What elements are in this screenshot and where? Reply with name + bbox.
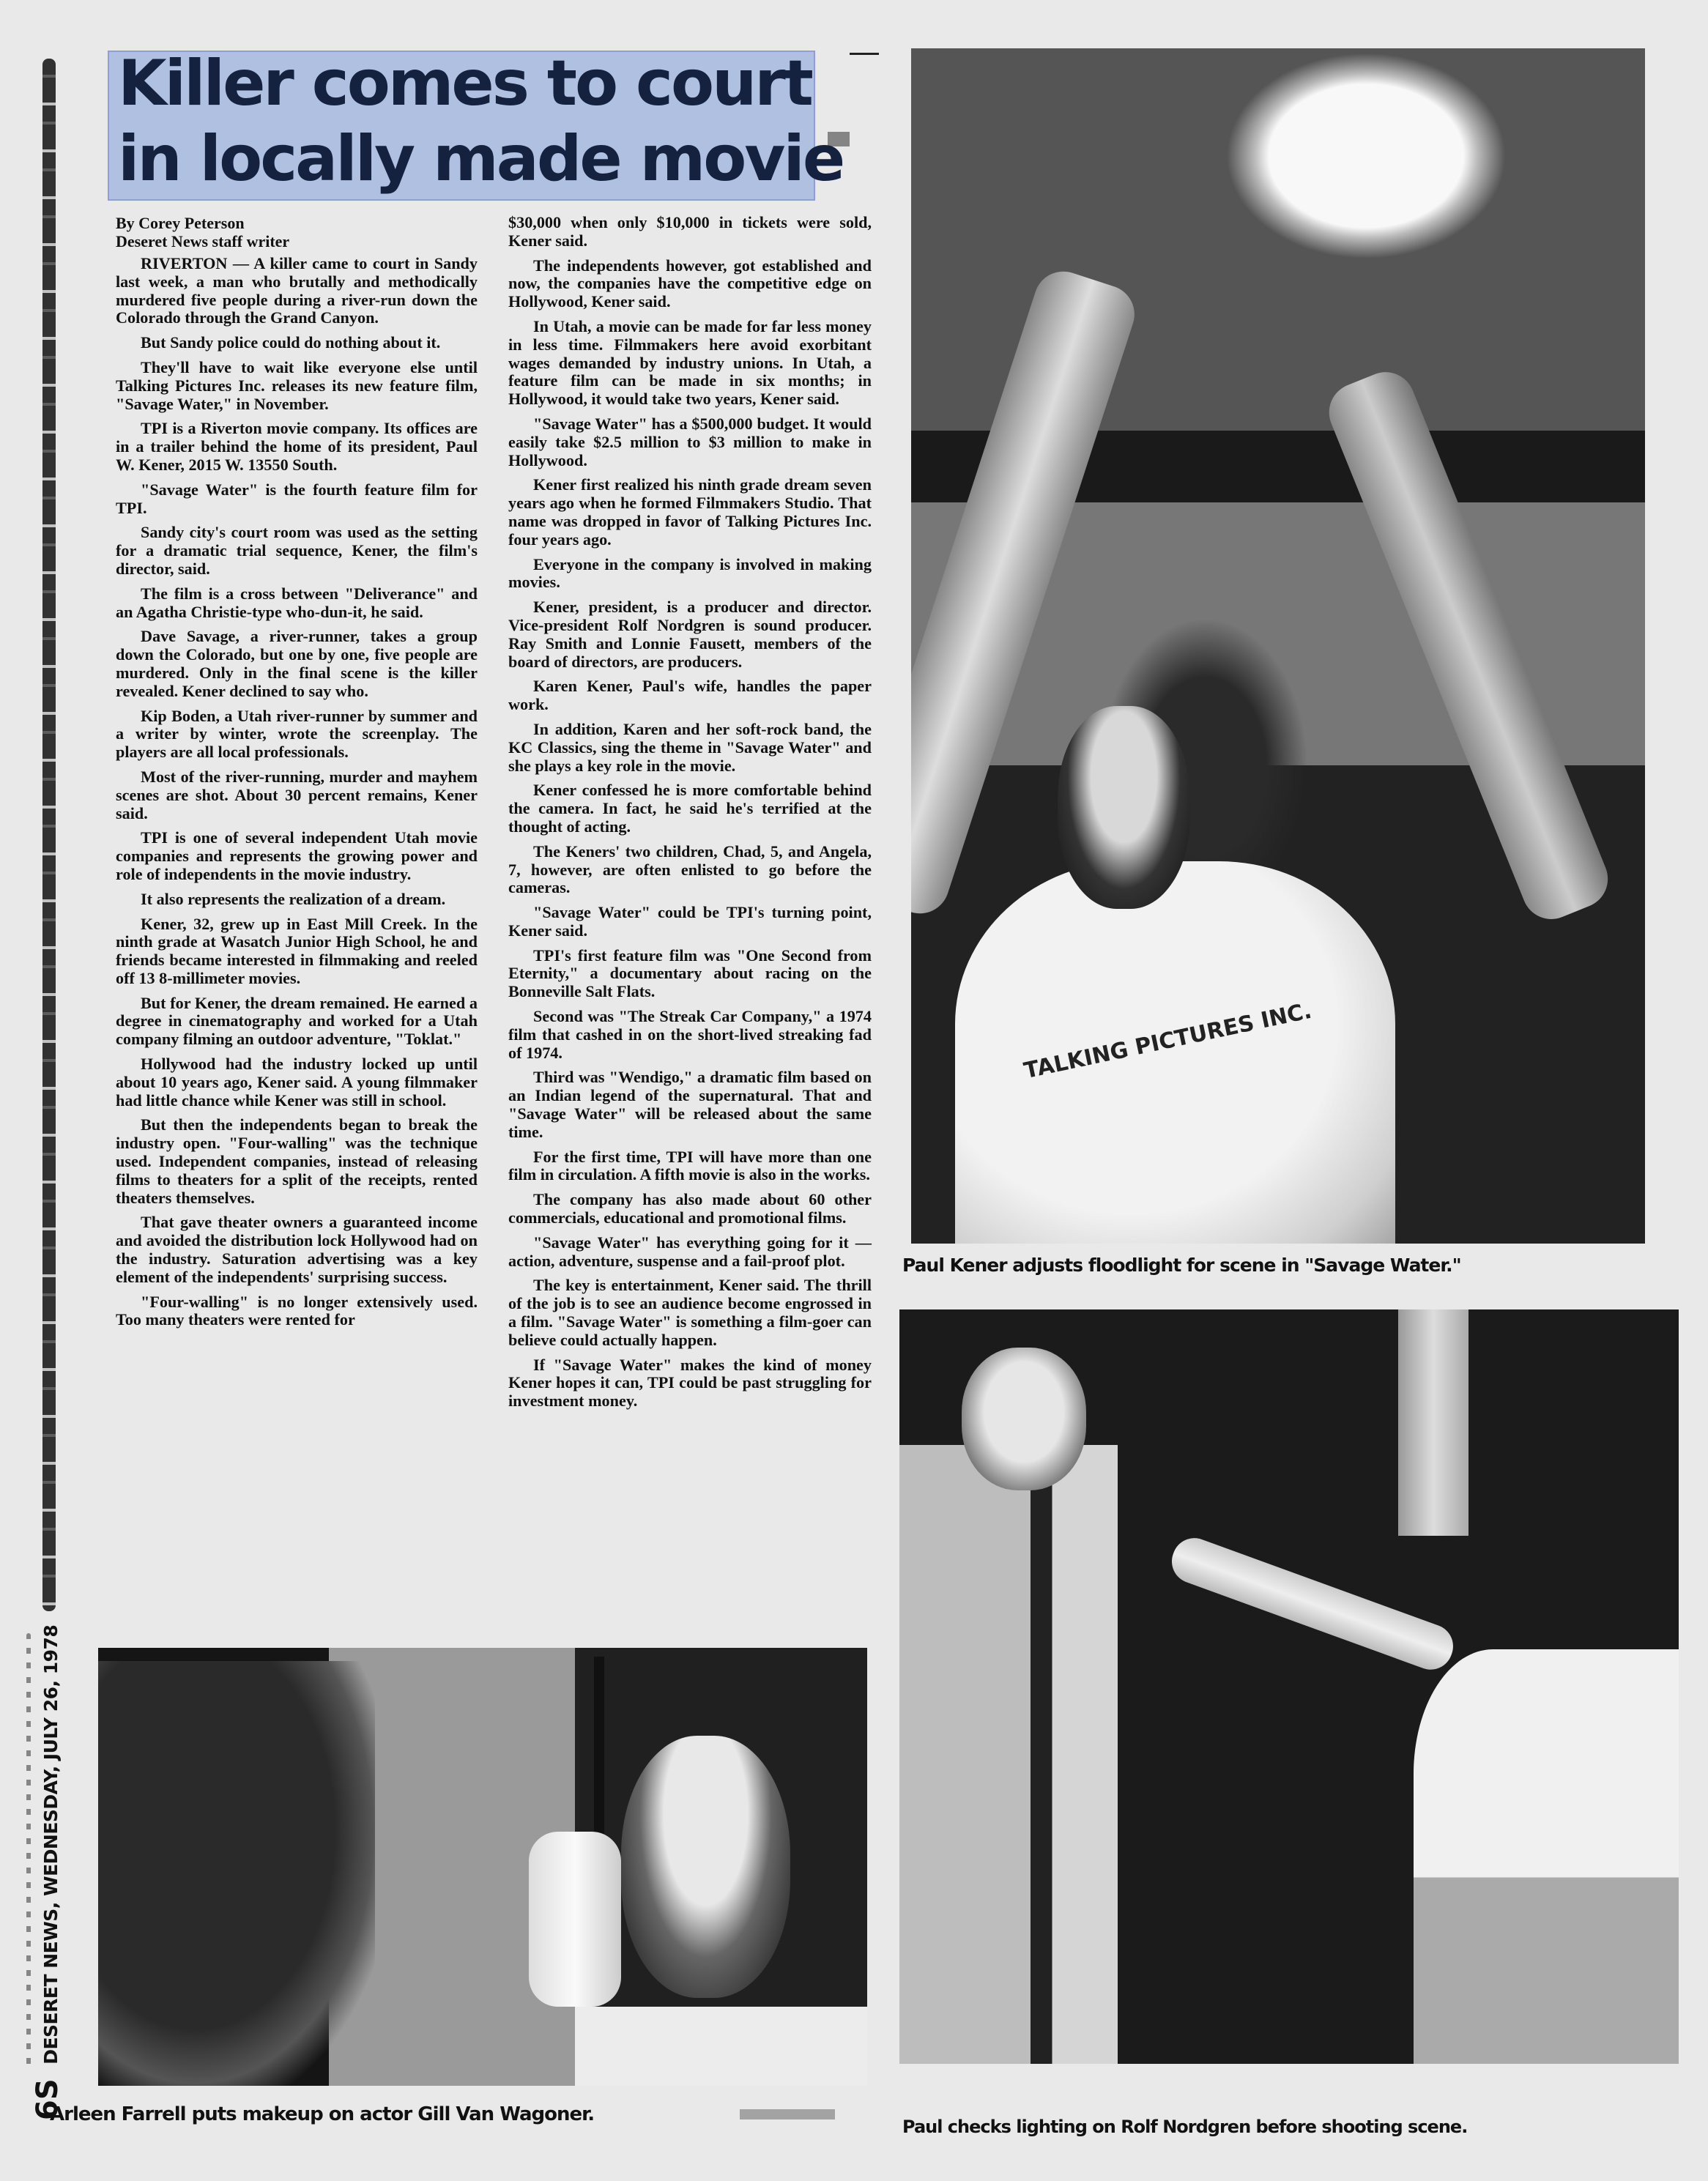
article-column-1: By Corey Peterson Deseret News staff wri…	[116, 214, 478, 1336]
article-paragraph: The key is entertainment, Kener said. Th…	[508, 1277, 872, 1349]
dateline: DESERET NEWS, WEDNESDAY, JULY 26, 1978	[40, 1625, 62, 2065]
photo-face	[1058, 706, 1189, 909]
photo-background-bar	[594, 1657, 604, 1854]
headline-line-1: Killer comes to court	[118, 52, 812, 115]
headline: Killer comes to court in locally made mo…	[108, 51, 815, 201]
caption-makeup: Arleen Farrell puts makeup on actor Gill…	[50, 2103, 594, 2125]
article-paragraph: But then the independents began to break…	[116, 1116, 478, 1207]
article-paragraph: In Utah, a movie can be made for far les…	[508, 318, 872, 409]
article-paragraph: Kip Boden, a Utah river-runner by summer…	[116, 707, 478, 762]
caption-floodlight: Paul Kener adjusts floodlight for scene …	[902, 1255, 1461, 1276]
article-paragraph: Everyone in the company is involved in m…	[508, 556, 872, 592]
article-paragraph: "Savage Water" has a $500,000 budget. It…	[508, 415, 872, 469]
photo-arm	[1165, 1532, 1459, 1676]
article-paragraph: Hollywood had the industry locked up unt…	[116, 1055, 478, 1110]
article-paragraph: "Four-walling" is no longer extensively …	[116, 1293, 478, 1330]
scan-speck	[828, 132, 850, 146]
article-paragraph: TPI is one of several independent Utah m…	[116, 829, 478, 883]
article-paragraph: Kener, 32, grew up in East Mill Creek. I…	[116, 915, 478, 988]
article-paragraph: But Sandy police could do nothing about …	[116, 334, 478, 352]
article-paragraph: That gave theater owners a guaranteed in…	[116, 1214, 478, 1286]
photo-arm-right	[1321, 363, 1617, 928]
article-paragraph: The film is a cross between "Deliverance…	[116, 585, 478, 622]
article-paragraph: Dave Savage, a river-runner, takes a gro…	[116, 628, 478, 700]
article-paragraph: Third was "Wendigo," a dramatic film bas…	[508, 1069, 872, 1141]
byline-author: By Corey Peterson	[116, 214, 478, 232]
byline-role: Deseret News staff writer	[116, 232, 478, 250]
headline-line-2: in locally made movie	[118, 127, 843, 190]
scan-speck	[740, 2109, 835, 2119]
photo-shirt-collar	[575, 2007, 867, 2086]
photo-kener-floodlight: TALKING PICTURES INC.	[911, 48, 1645, 1244]
column-2-continuation: $30,000 when only $10,000 in tickets wer…	[508, 214, 872, 250]
article-paragraph: But for Kener, the dream remained. He ea…	[116, 995, 478, 1049]
photo-man-right	[1414, 1649, 1679, 2065]
page-folio: 6S DESERET NEWS, WEDNESDAY, JULY 26, 197…	[31, 1625, 64, 2120]
article-paragraph: TPI is a Riverton movie company. Its off…	[116, 420, 478, 474]
article-paragraph: Kener, president, is a producer and dire…	[508, 598, 872, 671]
column-1-paragraphs: RIVERTON — A killer came to court in San…	[116, 255, 478, 1329]
article-paragraph: It also represents the realization of a …	[116, 891, 478, 909]
article-paragraph: Sandy city's court room was used as the …	[116, 524, 478, 578]
article-paragraph: "Savage Water" has everything going for …	[508, 1234, 872, 1271]
photo-lighting-check	[899, 1309, 1679, 2064]
photo-head-left	[962, 1348, 1086, 1491]
article-paragraph: If "Savage Water" makes the kind of mone…	[508, 1356, 872, 1411]
article-paragraph: Karen Kener, Paul's wife, handles the pa…	[508, 677, 872, 714]
article-paragraph: For the first time, TPI will have more t…	[508, 1148, 872, 1185]
photo-makeup	[98, 1648, 867, 2086]
article-paragraph: Kener first realized his ninth grade dre…	[508, 476, 872, 549]
column-2-paragraphs: The independents however, got establishe…	[508, 257, 872, 1411]
article-paragraph: RIVERTON — A killer came to court in San…	[116, 255, 478, 327]
article-paragraph: In addition, Karen and her soft-rock ban…	[508, 721, 872, 775]
photo-hand	[529, 1832, 621, 2007]
article-paragraph: The independents however, got establishe…	[508, 257, 872, 311]
photo-man-left	[899, 1445, 1118, 2064]
article-paragraph: TPI's first feature film was "One Second…	[508, 947, 872, 1001]
article-paragraph: Second was "The Streak Car Company," a 1…	[508, 1008, 872, 1062]
photo-man-face	[621, 1736, 790, 1999]
page-number: 6S	[31, 2078, 64, 2120]
article-paragraph: Most of the river-running, murder and ma…	[116, 768, 478, 822]
photo-woman	[98, 1661, 375, 2086]
article-paragraph: "Savage Water" is the fourth feature fil…	[116, 481, 478, 518]
article-paragraph: The Keners' two children, Chad, 5, and A…	[508, 843, 872, 897]
newspaper-page: Killer comes to court in locally made mo…	[0, 0, 1708, 2181]
photo-drape	[1398, 1309, 1468, 1536]
caption-lighting: Paul checks lighting on Rolf Nordgren be…	[902, 2117, 1467, 2137]
article-paragraph: Kener confessed he is more comfortable b…	[508, 781, 872, 836]
scan-speck	[850, 53, 879, 55]
article-column-2: $30,000 when only $10,000 in tickets wer…	[508, 214, 872, 1417]
article-paragraph: "Savage Water" could be TPI's turning po…	[508, 904, 872, 940]
article-paragraph: The company has also made about 60 other…	[508, 1191, 872, 1227]
article-paragraph: They'll have to wait like everyone else …	[116, 359, 478, 413]
scan-edge-artifact	[42, 59, 56, 1611]
